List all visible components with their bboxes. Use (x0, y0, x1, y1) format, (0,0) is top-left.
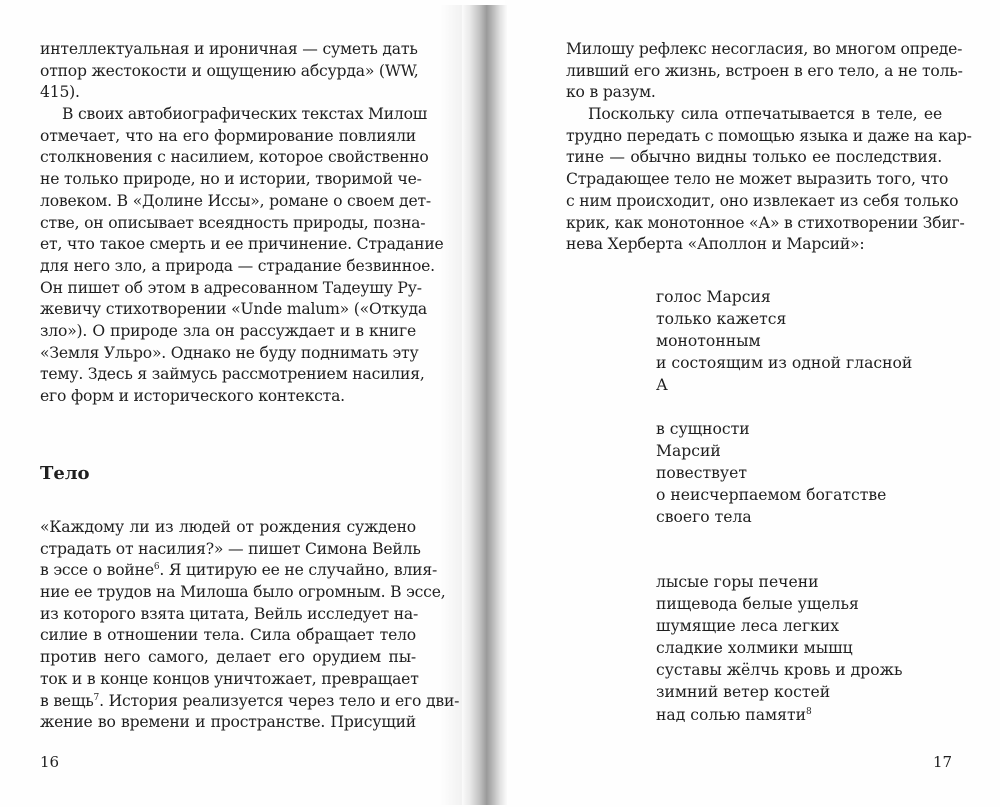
section-heading: Тело (40, 463, 90, 484)
text-line-with-footnote: в эссе о войне6. Я цитирую ее не случайн… (40, 560, 416, 582)
text-fragment: . Я цитирую ее не случайно, влия- (159, 561, 437, 579)
text-fragment: над солью памяти (656, 706, 806, 724)
text-line: Он пишет об этом в адресованном Тадеушу … (40, 278, 416, 300)
text-line: отмечает, что на его формирование повлия… (40, 126, 416, 148)
text-line: против него самого, делает его орудием п… (40, 647, 416, 669)
text-line: жевичу стихотворении «Unde malum» («Отку… (40, 299, 416, 321)
text-fragment: в вещь (40, 692, 94, 710)
poem-line: только кажется (656, 308, 916, 330)
text-line: ко в разум. (566, 82, 942, 104)
poem-line: зимний ветер костей (656, 681, 916, 703)
text-line-with-footnote: в вещь7. История реализуется через тело … (40, 691, 416, 713)
text-line: В своих автобиографических текстах Милош (40, 104, 416, 126)
poem-line: суставы жёлчь кровь и дрожь (656, 659, 916, 681)
text-line: крик, как монотонное «А» в стихотворении… (566, 213, 942, 235)
text-line: тему. Здесь я займусь рассмотрением наси… (40, 364, 416, 386)
text-line: тине — обычно видны только ее последстви… (566, 147, 942, 169)
poem-line: шумящие леса легких (656, 615, 916, 637)
poem-line: лысые горы печени (656, 571, 916, 593)
poem-stanza-1: голос Марсия только кажется монотонным и… (656, 286, 916, 396)
right-page-body: Милошу рефлекс несогласия, во многом опр… (566, 39, 942, 256)
text-line: интеллектуальная и ироничная — суметь да… (40, 39, 416, 61)
text-line: ловеком. В «Долине Иссы», романе о своем… (40, 191, 416, 213)
text-line: ет, что такое смерть и ее причинение. Ст… (40, 234, 416, 256)
poem-line: о неисчерпаемом богатстве (656, 484, 916, 506)
text-line: Милошу рефлекс несогласия, во многом опр… (566, 39, 942, 61)
text-line: «Каждому ли из людей от рождения суждено (40, 517, 416, 539)
text-line: столкновения с насилием, которое свойств… (40, 147, 416, 169)
text-line: ток и в конце концов уничтожает, превращ… (40, 669, 416, 691)
text-line: Поскольку сила отпечатывается в теле, ее (566, 104, 942, 126)
poem-line: голос Марсия (656, 286, 916, 308)
text-line: с ним происходит, оно извлекает из себя … (566, 191, 942, 213)
text-line: страдать от насилия?» — пишет Симона Вей… (40, 539, 416, 561)
poem-line-with-footnote: над солью памяти8 (656, 704, 916, 726)
page-number-right: 17 (933, 753, 952, 771)
page-number-left: 16 (40, 753, 59, 771)
text-line: не только природе, но и истории, творимо… (40, 169, 416, 191)
text-fragment: . История реализуется через тело и его д… (99, 692, 459, 710)
footnote-ref[interactable]: 8 (806, 706, 812, 716)
left-page-body-top: интеллектуальная и ироничная — суметь да… (40, 39, 416, 408)
poem-line: пищевода белые ущелья (656, 593, 916, 615)
text-line: ливший его жизнь, встроен в его тело, а … (566, 61, 942, 83)
book-spine-gutter (462, 5, 507, 805)
poem-stanza-3: лысые горы печени пищевода белые ущелья … (656, 571, 916, 726)
poem-line: своего тела (656, 506, 916, 528)
text-line: нева Херберта «Аполлон и Марсий»: (566, 234, 942, 256)
text-line: силие в отношении тела. Сила обращает те… (40, 625, 416, 647)
poem-line: и состоящим из одной гласной (656, 352, 916, 374)
text-line: жение во времени и пространстве. Присущи… (40, 712, 416, 734)
poem-line: повествует (656, 462, 916, 484)
text-line: Страдающее тело не может выразить того, … (566, 169, 942, 191)
text-line: «Земля Ульро». Однако не буду поднимать … (40, 343, 416, 365)
text-line: его форм и исторического контекста. (40, 386, 416, 408)
poem-stanza-2: в сущности Марсий повествует о неисчерпа… (656, 418, 916, 528)
poem-line: монотонным (656, 330, 916, 352)
poem-line: в сущности (656, 418, 916, 440)
text-line: зло»). О природе зла он рассуждает и в к… (40, 321, 416, 343)
text-fragment: в эссе о войне (40, 561, 154, 579)
text-line: 415). (40, 82, 416, 104)
text-line: трудно передать с помощью языка и даже н… (566, 126, 942, 148)
poem-line: сладкие холмики мышц (656, 637, 916, 659)
left-page-body-bottom: «Каждому ли из людей от рождения суждено… (40, 517, 416, 734)
poem-line: Марсий (656, 440, 916, 462)
text-line: отпор жестокости и ощущению абсурда» (WW… (40, 61, 416, 83)
text-line: из которого взята цитата, Вейль исследуе… (40, 604, 416, 626)
poem-line: А (656, 374, 916, 396)
text-line: для него зло, а природа — страдание безв… (40, 256, 416, 278)
text-line: стве, он описывает всеядность природы, п… (40, 213, 416, 235)
text-line: ние ее трудов на Милоша было огромным. В… (40, 582, 416, 604)
